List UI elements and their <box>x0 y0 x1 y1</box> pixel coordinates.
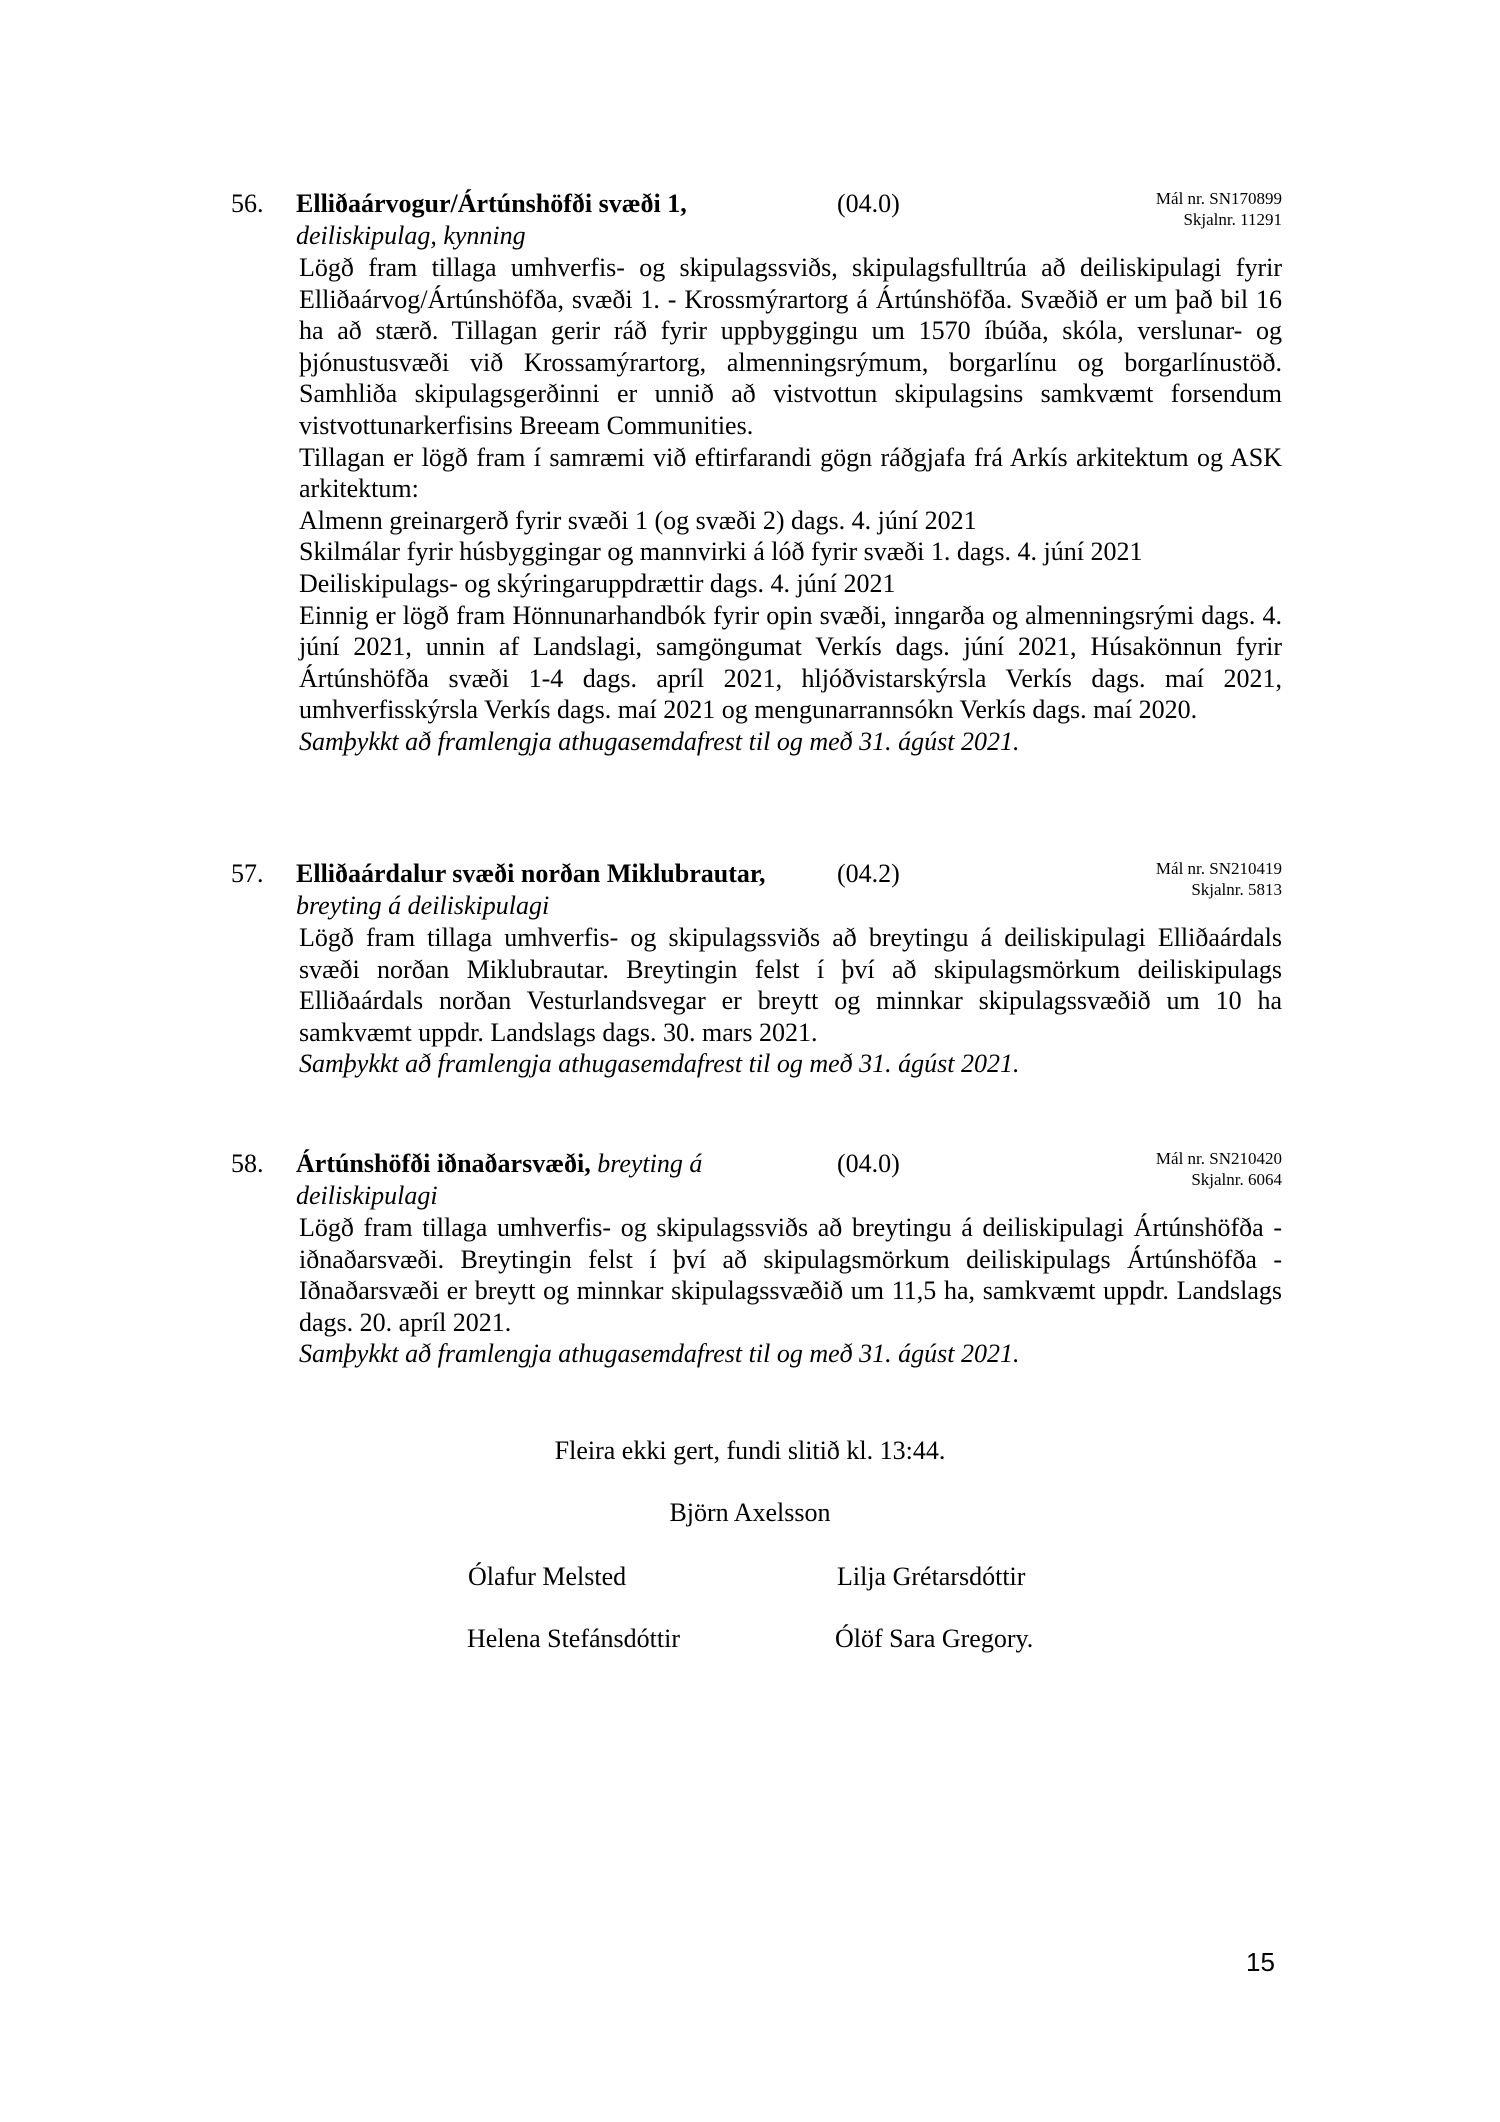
document-number: Skjalnr. 5813 <box>1156 879 1282 900</box>
item-number: 56. <box>231 188 264 220</box>
item-number: 57. <box>231 858 264 890</box>
item-title: Elliðaárdalur svæði norðan Miklubrautar, <box>296 859 766 888</box>
item-area-code: (04.0) <box>837 188 900 220</box>
signatory: Lilja Grétarsdóttir <box>837 1561 1025 1593</box>
case-number: Mál nr. SN210419 <box>1156 858 1282 879</box>
item-title: Ártúnshöfði iðnaðarsvæði, <box>296 1149 591 1178</box>
document-number: Skjalnr. 11291 <box>1156 209 1282 230</box>
item-paragraph: Lögð fram tillaga umhverfis- og skipulag… <box>299 252 1282 442</box>
item-paragraph: Deiliskipulags- og skýringaruppdrættir d… <box>299 568 1282 600</box>
item-reference: Mál nr. SN170899 Skjalnr. 11291 <box>1156 188 1282 230</box>
page-number: 15 <box>1246 1947 1275 1977</box>
item-subtitle: breyting á deiliskipulagi <box>296 891 549 920</box>
case-number: Mál nr. SN170899 <box>1156 188 1282 209</box>
case-number: Mál nr. SN210420 <box>1156 1148 1282 1169</box>
document-number: Skjalnr. 6064 <box>1156 1169 1282 1190</box>
item-paragraph: Lögð fram tillaga umhverfis- og skipulag… <box>299 922 1282 1048</box>
closing-statement: Fleira ekki gert, fundi slitið kl. 13:44… <box>0 1435 1500 1467</box>
item-heading: Elliðaárvogur/Ártúnshöfði svæði 1, deili… <box>296 188 816 252</box>
item-reference: Mál nr. SN210419 Skjalnr. 5813 <box>1156 858 1282 900</box>
item-body: Lögð fram tillaga umhverfis- og skipulag… <box>299 1212 1282 1370</box>
item-body: Lögð fram tillaga umhverfis- og skipulag… <box>299 922 1282 1080</box>
item-conclusion: Samþykkt að framlengja athugasemdafrest … <box>299 1048 1282 1080</box>
item-conclusion: Samþykkt að framlengja athugasemdafrest … <box>299 726 1282 758</box>
signatory: Ólafur Melsted <box>468 1561 626 1593</box>
chair-signature: Björn Axelsson <box>0 1497 1500 1529</box>
item-number: 58. <box>231 1148 264 1180</box>
item-heading: Ártúnshöfði iðnaðarsvæði, breyting á dei… <box>296 1148 816 1212</box>
item-title-italic: breyting á <box>591 1149 703 1178</box>
item-paragraph: Tillagan er lögð fram í samræmi við efti… <box>299 442 1282 505</box>
item-subtitle: deiliskipulagi <box>296 1181 438 1210</box>
item-heading: Elliðaárdalur svæði norðan Miklubrautar,… <box>296 858 816 922</box>
item-paragraph: Einnig er lögð fram Hönnunarhandbók fyri… <box>299 600 1282 726</box>
item-area-code: (04.2) <box>837 858 900 890</box>
signatory: Helena Stefánsdóttir <box>467 1623 680 1655</box>
item-paragraph: Skilmálar fyrir húsbyggingar og mannvirk… <box>299 536 1282 568</box>
item-body: Lögð fram tillaga umhverfis- og skipulag… <box>299 252 1282 758</box>
item-conclusion: Samþykkt að framlengja athugasemdafrest … <box>299 1338 1282 1370</box>
item-paragraph: Lögð fram tillaga umhverfis- og skipulag… <box>299 1212 1282 1338</box>
item-area-code: (04.0) <box>837 1148 900 1180</box>
item-reference: Mál nr. SN210420 Skjalnr. 6064 <box>1156 1148 1282 1190</box>
item-title: Elliðaárvogur/Ártúnshöfði svæði 1, <box>296 189 687 218</box>
item-subtitle: deiliskipulag, kynning <box>296 221 526 250</box>
signatory: Ólöf Sara Gregory. <box>835 1623 1033 1655</box>
item-paragraph: Almenn greinargerð fyrir svæði 1 (og svæ… <box>299 505 1282 537</box>
